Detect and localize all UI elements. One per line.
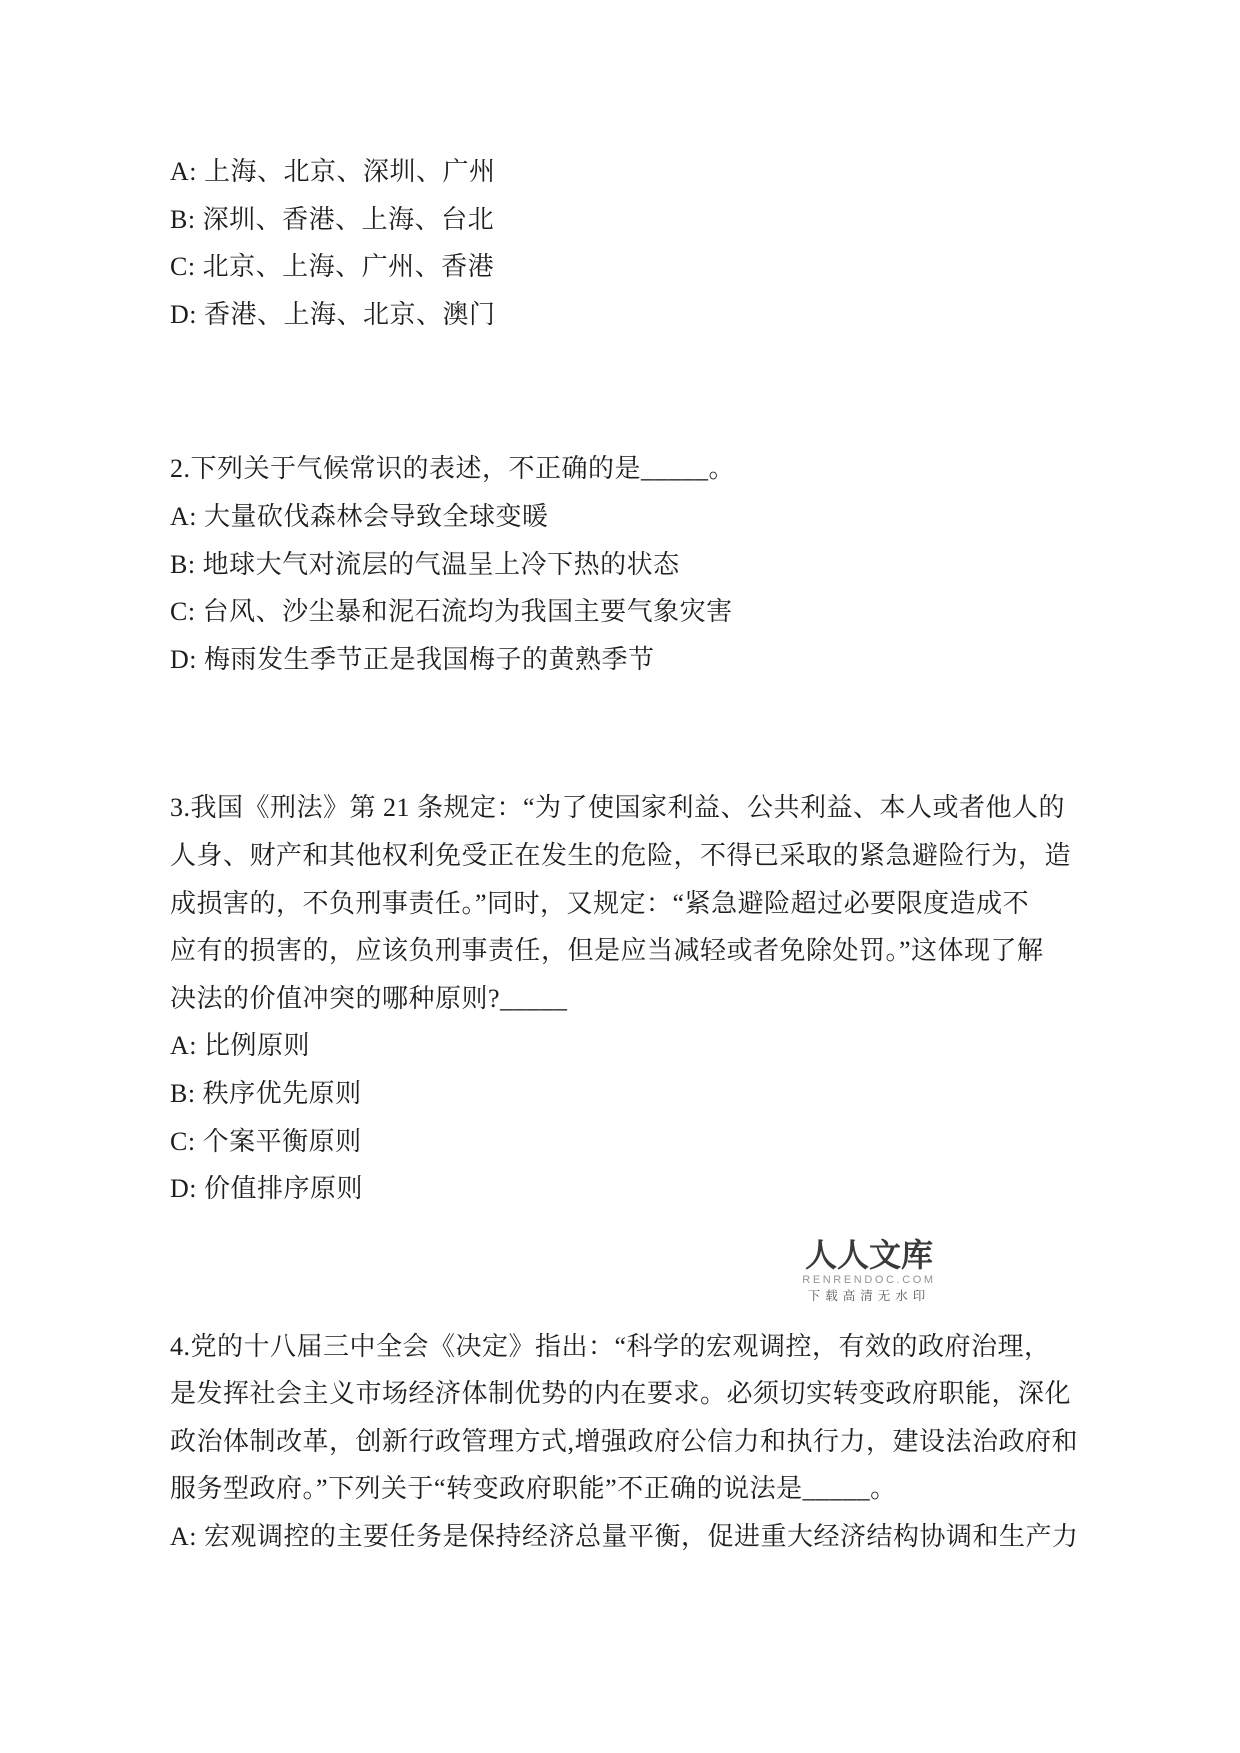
option-line-c: C: 台风、沙尘暴和泥石流均为我国主要气象灾害 xyxy=(170,588,1060,636)
watermark-brand-logo: 人人文库 xyxy=(801,1238,937,1272)
question-block-2: 2.下列关于气候常识的表述，不正确的是_____。 A: 大量砍伐森林会导致全球… xyxy=(170,445,1060,683)
option-line-b: B: 深圳、香港、上海、台北 xyxy=(170,196,1060,244)
question-block-1: A: 上海、北京、深圳、广州 B: 深圳、香港、上海、台北 C: 北京、上海、广… xyxy=(170,148,1060,338)
question-block-4: 4.党的十八届三中全会《决定》指出：“科学的宏观调控，有效的政府治理， 是发挥社… xyxy=(170,1323,1060,1561)
watermark-domain: RENRENDOC.COM xyxy=(801,1274,937,1286)
question-stem-line: 决法的价值冲突的哪种原则?_____ xyxy=(170,975,1060,1023)
option-line-c: C: 北京、上海、广州、香港 xyxy=(170,243,1060,291)
option-line-a: A: 比例原则 xyxy=(170,1022,1060,1070)
question-stem-line: 是发挥社会主义市场经济体制优势的内在要求。必须切实转变政府职能，深化 xyxy=(170,1370,1060,1418)
question-stem-line: 政治体制改革，创新行政管理方式,增强政府公信力和执行力，建设法治政府和 xyxy=(170,1418,1060,1466)
document-content: A: 上海、北京、深圳、广州 B: 深圳、香港、上海、台北 C: 北京、上海、广… xyxy=(170,148,1060,1561)
option-line-c: C: 个案平衡原则 xyxy=(170,1118,1060,1166)
question-stem-line: 3.我国《刑法》第 21 条规定：“为了使国家利益、公共利益、本人或者他人的 xyxy=(170,784,1060,832)
option-line-a: A: 大量砍伐森林会导致全球变暖 xyxy=(170,493,1060,541)
question-stem-line: 4.党的十八届三中全会《决定》指出：“科学的宏观调控，有效的政府治理， xyxy=(170,1323,1060,1371)
option-line-b: B: 秩序优先原则 xyxy=(170,1070,1060,1118)
question-stem-line: 服务型政府。”下列关于“转变政府职能”不正确的说法是_____。 xyxy=(170,1465,1060,1513)
question-block-3: 3.我国《刑法》第 21 条规定：“为了使国家利益、公共利益、本人或者他人的 人… xyxy=(170,784,1060,1212)
option-line-b: B: 地球大气对流层的气温呈上冷下热的状态 xyxy=(170,541,1060,589)
watermark: 人人文库 RENRENDOC.COM 下载高清无水印 xyxy=(801,1238,937,1303)
question-stem-line: 2.下列关于气候常识的表述，不正确的是_____。 xyxy=(170,445,1060,493)
option-line-d: D: 价值排序原则 xyxy=(170,1165,1060,1213)
option-line-d: D: 香港、上海、北京、澳门 xyxy=(170,291,1060,339)
watermark-tagline: 下载高清无水印 xyxy=(801,1290,937,1303)
option-line-d: D: 梅雨发生季节正是我国梅子的黄熟季节 xyxy=(170,636,1060,684)
document-page: A: 上海、北京、深圳、广州 B: 深圳、香港、上海、台北 C: 北京、上海、广… xyxy=(0,0,1240,1753)
question-stem-line: 人身、财产和其他权利免受正在发生的危险，不得已采取的紧急避险行为，造 xyxy=(170,832,1060,880)
option-line-a: A: 上海、北京、深圳、广州 xyxy=(170,148,1060,196)
question-stem-line: 成损害的，不负刑事责任。”同时，又规定：“紧急避险超过必要限度造成不 xyxy=(170,880,1060,928)
option-line-a: A: 宏观调控的主要任务是保持经济总量平衡，促进重大经济结构协调和生产力 xyxy=(170,1513,1060,1561)
question-stem-line: 应有的损害的，应该负刑事责任，但是应当减轻或者免除处罚。”这体现了解 xyxy=(170,927,1060,975)
